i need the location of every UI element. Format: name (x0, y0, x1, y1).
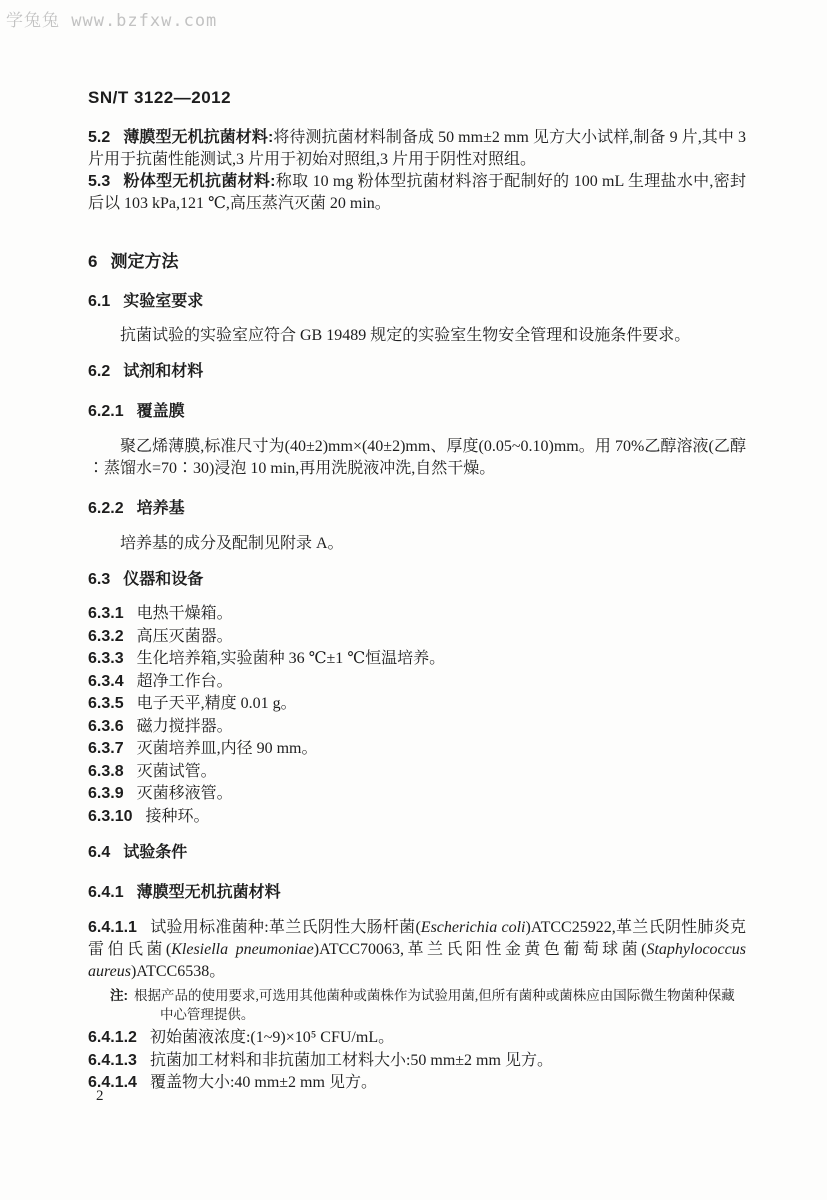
clause-number: 6.2.2 (88, 500, 124, 517)
note-text: 根据产品的使用要求,可选用其他菌种或菌株作为试验用菌,但所有菌种或菌株应由国际微… (134, 988, 735, 1022)
clause-6-3-4: 6.3.4超净工作台。 (88, 671, 746, 694)
clause-6-4-1-1: 6.4.1.1试验用标准菌种:革兰氏阴性大肠杆菌(Escherichia col… (88, 917, 746, 983)
clause-text: 抗菌加工材料和非抗菌加工材料大小:50 mm±2 mm 见方。 (150, 1052, 553, 1069)
clause-text: 试验用标准菌种:革兰氏阴性大肠杆菌( (150, 919, 421, 936)
clause-6-3-10: 6.3.10接种环。 (88, 806, 746, 829)
clause-6-4-1-3: 6.4.1.3抗菌加工材料和非抗菌加工材料大小:50 mm±2 mm 见方。 (88, 1050, 746, 1073)
clause-number: 6.3.8 (88, 763, 124, 780)
clause-text: 覆盖物大小:40 mm±2 mm 见方。 (150, 1074, 377, 1091)
para-6-1: 抗菌试验的实验室应符合 GB 19489 规定的实验室生物安全管理和设施条件要求… (88, 325, 746, 347)
heading-title: 薄膜型无机抗菌材料 (137, 884, 281, 901)
clause-6-4-1-2: 6.4.1.2初始菌液浓度:(1~9)×10⁵ CFU/mL。 (88, 1027, 746, 1050)
clause-text: 灭菌移液管。 (137, 785, 233, 802)
watermark-text: 学兔兔 www.bzfxw.com (6, 6, 217, 31)
clause-text: 培养基的成分及配制见附录 A。 (120, 535, 344, 552)
clause-number: 6.3.7 (88, 740, 124, 757)
clause-text: 灭菌培养皿,内径 90 mm。 (137, 740, 318, 757)
clause-number: 6.4.1.3 (88, 1052, 137, 1069)
standard-number: SN/T 3122—2012 (88, 88, 231, 108)
clause-6-4-1-4: 6.4.1.4覆盖物大小:40 mm±2 mm 见方。 (88, 1072, 746, 1095)
heading-6-1: 6.1实验室要求 (88, 291, 746, 313)
clause-5-3: 5.3粉体型无机抗菌材料:称取 10 mg 粉体型抗菌材料溶于配制好的 100 … (88, 171, 746, 215)
clause-number: 5.2 (88, 129, 110, 146)
clause-number: 6.3.5 (88, 695, 124, 712)
clause-text: 超净工作台。 (137, 673, 233, 690)
clause-text: 接种环。 (145, 808, 209, 825)
heading-6-3: 6.3仪器和设备 (88, 569, 746, 591)
clause-6-3-7: 6.3.7灭菌培养皿,内径 90 mm。 (88, 738, 746, 761)
heading-title: 仪器和设备 (123, 571, 203, 588)
clause-text: 高压灭菌器。 (137, 628, 233, 645)
clause-6-3-5: 6.3.5电子天平,精度 0.01 g。 (88, 693, 746, 716)
species-name: Klesiella pneumoniae (171, 941, 314, 958)
clause-text: 初始菌液浓度:(1~9)×10⁵ CFU/mL。 (150, 1029, 394, 1046)
note-label: 注: (110, 988, 128, 1003)
clause-number: 6.3 (88, 571, 110, 588)
heading-6-4-1: 6.4.1薄膜型无机抗菌材料 (88, 882, 746, 904)
note-6-4-1-1: 注:根据产品的使用要求,可选用其他菌种或菌株作为试验用菌,但所有菌种或菌株应由国… (110, 986, 746, 1024)
heading-6-2: 6.2试剂和材料 (88, 361, 746, 383)
heading-title: 覆盖膜 (137, 403, 185, 420)
heading-title: 培养基 (137, 500, 185, 517)
clause-text: 电热干燥箱。 (137, 605, 233, 622)
clause-text: 磁力搅拌器。 (137, 718, 233, 735)
heading-6-2-2: 6.2.2培养基 (88, 498, 746, 520)
clause-number: 5.3 (88, 173, 110, 190)
clause-number: 6.3.10 (88, 808, 132, 825)
clause-text: 灭菌试管。 (137, 763, 217, 780)
heading-title: 试剂和材料 (123, 363, 203, 380)
heading-title: 试验条件 (123, 844, 187, 861)
clause-6-3-1: 6.3.1电热干燥箱。 (88, 603, 746, 626)
clause-6-3-9: 6.3.9灭菌移液管。 (88, 783, 746, 806)
para-6-2-2: 培养基的成分及配制见附录 A。 (88, 533, 746, 555)
clause-text: 聚乙烯薄膜,标准尺寸为(40±2)mm×(40±2)mm、厚度(0.05~0.1… (88, 438, 746, 477)
clause-6-3-6: 6.3.6磁力搅拌器。 (88, 716, 746, 739)
heading-6-4: 6.4试验条件 (88, 842, 746, 864)
clause-text: )ATCC6538。 (131, 963, 225, 980)
clause-number: 6.1 (88, 293, 110, 310)
clause-number: 6.4.1 (88, 884, 124, 901)
clause-number: 6.2 (88, 363, 110, 380)
clause-text: 生化培养箱,实验菌种 36 ℃±1 ℃恒温培养。 (137, 650, 446, 667)
clause-number: 6.3.2 (88, 628, 124, 645)
clause-number: 6.4 (88, 844, 110, 861)
clause-number: 6.3.4 (88, 673, 124, 690)
clause-number: 6.3.9 (88, 785, 124, 802)
page-number: 2 (96, 1088, 104, 1105)
clause-text: 抗菌试验的实验室应符合 GB 19489 规定的实验室生物安全管理和设施条件要求… (120, 327, 690, 344)
clause-text: 电子天平,精度 0.01 g。 (137, 695, 297, 712)
clause-term: 粉体型无机抗菌材料: (123, 173, 275, 190)
clause-number: 6.3.3 (88, 650, 124, 667)
clause-number: 6.3.6 (88, 718, 124, 735)
clause-text: )ATCC70063,革兰氏阳性金黄色葡萄球菌( (314, 941, 647, 958)
clause-number: 6 (88, 252, 97, 271)
heading-6: 6测定方法 (88, 251, 746, 273)
clause-6-3-3: 6.3.3生化培养箱,实验菌种 36 ℃±1 ℃恒温培养。 (88, 648, 746, 671)
document-page: 学兔兔 www.bzfxw.com SN/T 3122—2012 5.2薄膜型无… (0, 0, 827, 1200)
heading-6-2-1: 6.2.1覆盖膜 (88, 401, 746, 423)
clause-number: 6.4.1.2 (88, 1029, 137, 1046)
species-name: Escherichia coli (421, 919, 526, 936)
clause-number: 6.3.1 (88, 605, 124, 622)
para-6-2-1: 聚乙烯薄膜,标准尺寸为(40±2)mm×(40±2)mm、厚度(0.05~0.1… (88, 436, 746, 480)
clause-number: 6.4.1.1 (88, 919, 137, 936)
clause-term: 薄膜型无机抗菌材料: (123, 129, 273, 146)
clause-6-3-2: 6.3.2高压灭菌器。 (88, 626, 746, 649)
clause-6-3-8: 6.3.8灭菌试管。 (88, 761, 746, 784)
clause-number: 6.2.1 (88, 403, 124, 420)
heading-title: 测定方法 (110, 252, 178, 271)
clause-5-2: 5.2薄膜型无机抗菌材料:将待测抗菌材料制备成 50 mm±2 mm 见方大小试… (88, 127, 746, 171)
document-content: 5.2薄膜型无机抗菌材料:将待测抗菌材料制备成 50 mm±2 mm 见方大小试… (88, 127, 746, 1095)
heading-title: 实验室要求 (123, 293, 203, 310)
